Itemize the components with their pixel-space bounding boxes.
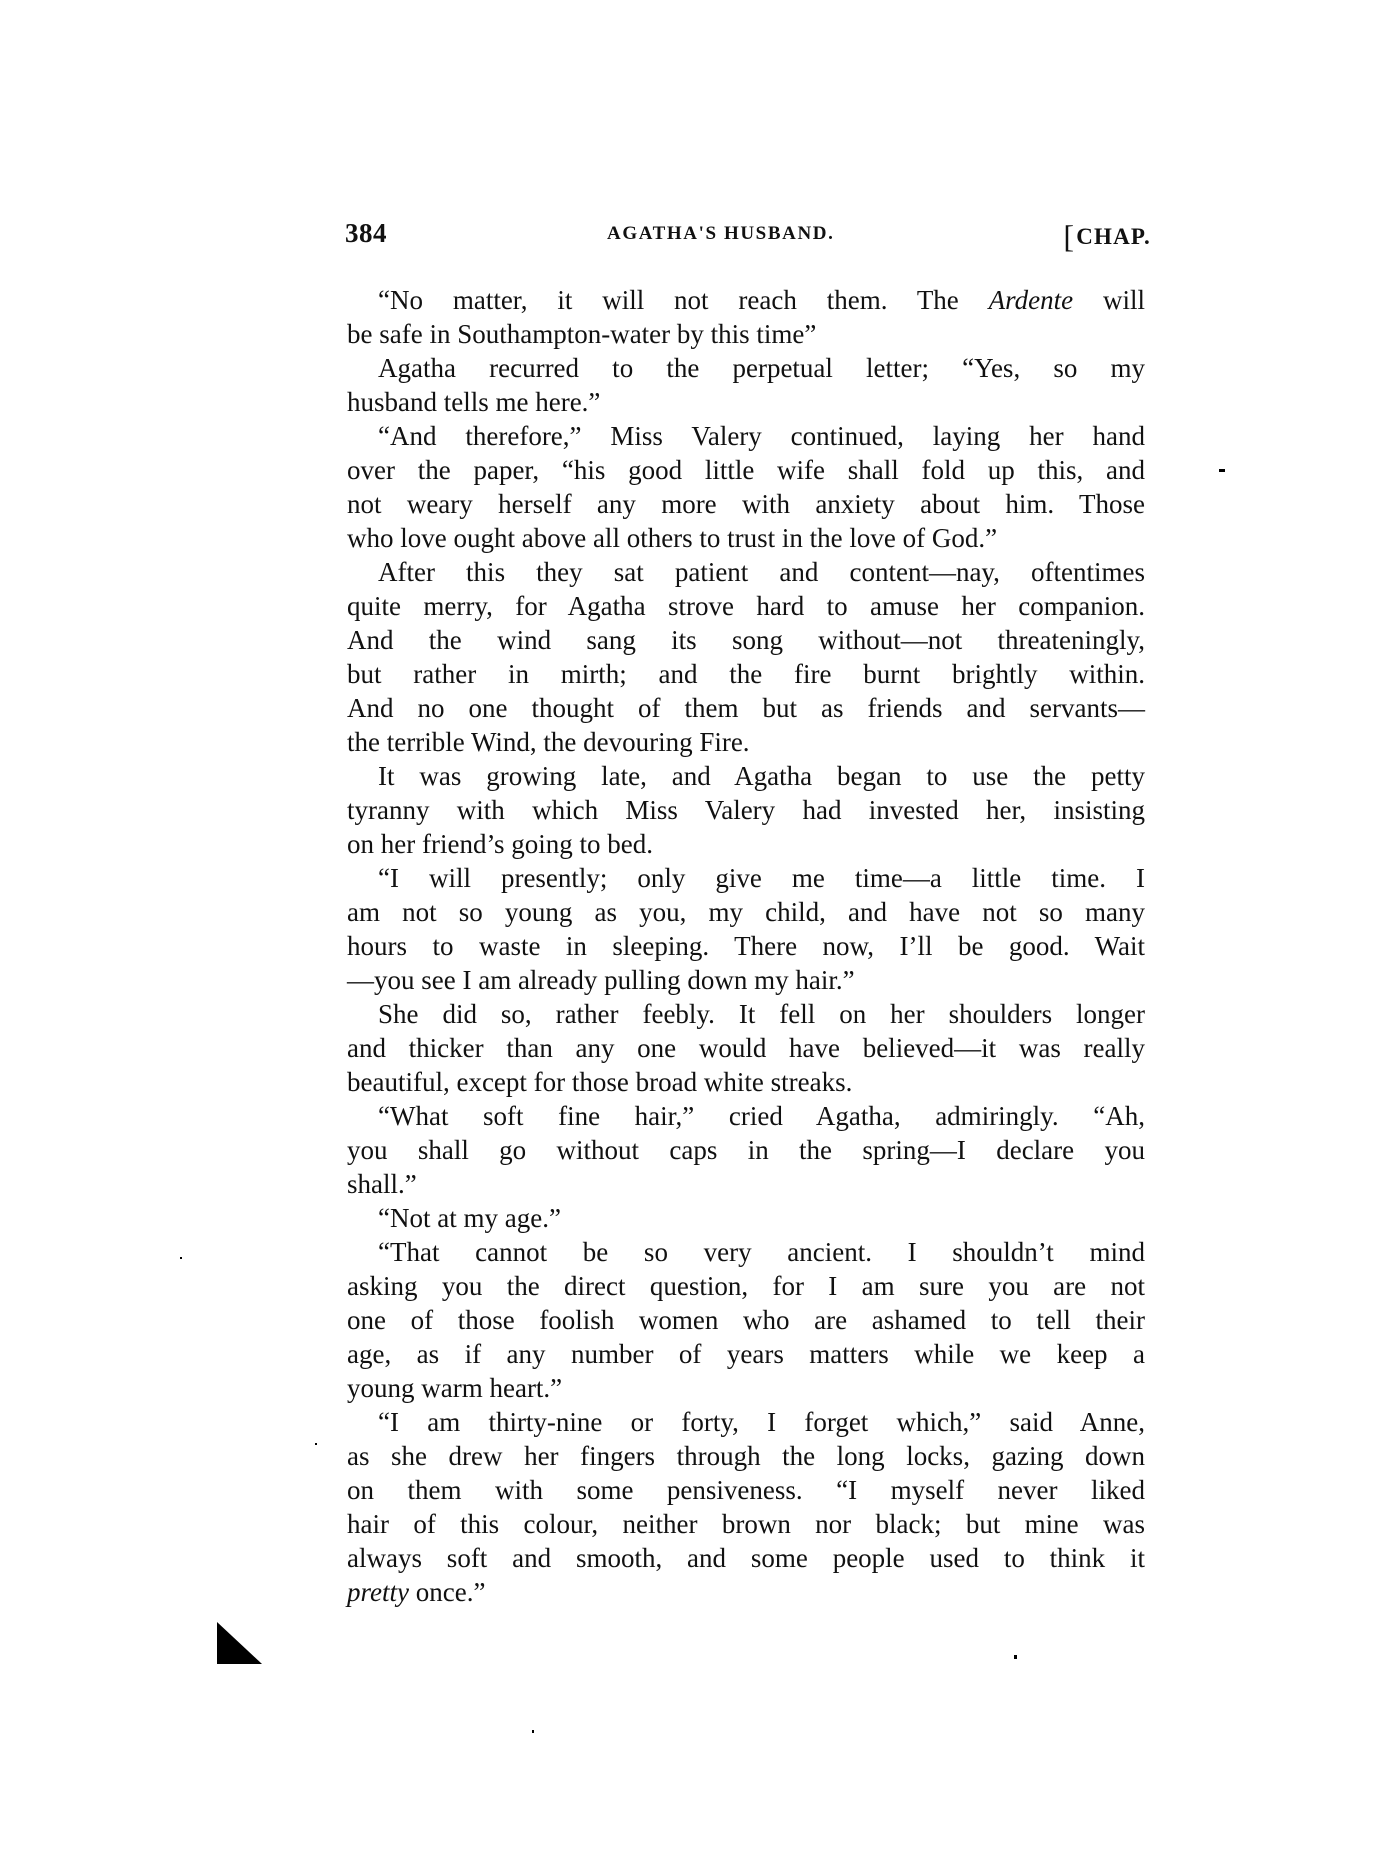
text-line: on her friend’s going to bed. — [347, 827, 1145, 861]
text-line: you shall go without caps in the spring—… — [347, 1133, 1145, 1167]
text-line: as she drew her fingers through the long… — [347, 1439, 1145, 1473]
text-line: asking you the direct question, for I am… — [347, 1269, 1145, 1303]
text-line: age, as if any number of years matters w… — [347, 1337, 1145, 1371]
text-line: Agatha recurred to the perpetual letter;… — [347, 351, 1145, 385]
text-line: And the wind sang its song without—not t… — [347, 623, 1145, 657]
italic-word: Ardente — [989, 285, 1073, 315]
book-page: 384 AGATHA'S HUSBAND. [CHAP. “No matter,… — [0, 0, 1400, 1850]
scan-speck — [1014, 1655, 1017, 1659]
text-line: —you see I am already pulling down my ha… — [347, 963, 1145, 997]
text-line: am not so young as you, my child, and ha… — [347, 895, 1145, 929]
text-line: over the paper, “his good little wife sh… — [347, 453, 1145, 487]
text-line: shall.” — [347, 1167, 1145, 1201]
scan-speck — [1219, 469, 1225, 472]
scan-speck — [532, 1730, 534, 1733]
text-line: “And therefore,” Miss Valery continued, … — [347, 419, 1145, 453]
chapter-bracket: [ — [1063, 218, 1075, 254]
scan-artifact-triangle-icon — [217, 1622, 262, 1664]
text-line: “No matter, it will not reach them. The … — [347, 283, 1145, 317]
text-line: not weary herself any more with anxiety … — [347, 487, 1145, 521]
text-line: young warm heart.” — [347, 1371, 1145, 1405]
text-line: She did so, rather feebly. It fell on he… — [347, 997, 1145, 1031]
text-segment: will — [1073, 285, 1145, 315]
text-line: and thicker than any one would have beli… — [347, 1031, 1145, 1065]
text-segment: “No matter, it will not reach them. The — [378, 285, 989, 315]
chapter-label: CHAP. — [1076, 224, 1151, 249]
text-line: be safe in Southampton-water by this tim… — [347, 317, 1145, 351]
running-head: 384 AGATHA'S HUSBAND. [CHAP. — [345, 218, 1151, 250]
text-line: beautiful, except for those broad white … — [347, 1065, 1145, 1099]
text-line: one of those foolish women who are asham… — [347, 1303, 1145, 1337]
text-line: tyranny with which Miss Valery had inves… — [347, 793, 1145, 827]
text-line: And no one thought of them but as friend… — [347, 691, 1145, 725]
chapter-mark: [CHAP. — [1063, 218, 1151, 255]
text-line: but rather in mirth; and the fire burnt … — [347, 657, 1145, 691]
body-text: “No matter, it will not reach them. The … — [347, 283, 1145, 1609]
scan-speck — [180, 1257, 182, 1259]
text-segment: once.” — [409, 1577, 485, 1607]
text-line: on them with some pensiveness. “I myself… — [347, 1473, 1145, 1507]
text-line: “That cannot be so very ancient. I shoul… — [347, 1235, 1145, 1269]
text-line: the terrible Wind, the devouring Fire. — [347, 725, 1145, 759]
text-line: quite merry, for Agatha strove hard to a… — [347, 589, 1145, 623]
running-title: AGATHA'S HUSBAND. — [607, 223, 834, 245]
text-line: husband tells me here.” — [347, 385, 1145, 419]
text-line: who love ought above all others to trust… — [347, 521, 1145, 555]
text-line: “I will presently; only give me time—a l… — [347, 861, 1145, 895]
scan-speck — [315, 1443, 317, 1445]
text-line: always soft and smooth, and some people … — [347, 1541, 1145, 1575]
text-line: It was growing late, and Agatha began to… — [347, 759, 1145, 793]
text-line: “What soft fine hair,” cried Agatha, adm… — [347, 1099, 1145, 1133]
page-number: 384 — [345, 218, 387, 249]
text-line: “Not at my age.” — [347, 1201, 1145, 1235]
text-line: pretty once.” — [347, 1575, 1145, 1609]
text-line: hours to waste in sleeping. There now, I… — [347, 929, 1145, 963]
italic-word: pretty — [347, 1577, 409, 1607]
text-line: After this they sat patient and content—… — [347, 555, 1145, 589]
text-line: hair of this colour, neither brown nor b… — [347, 1507, 1145, 1541]
text-line: “I am thirty-nine or forty, I forget whi… — [347, 1405, 1145, 1439]
